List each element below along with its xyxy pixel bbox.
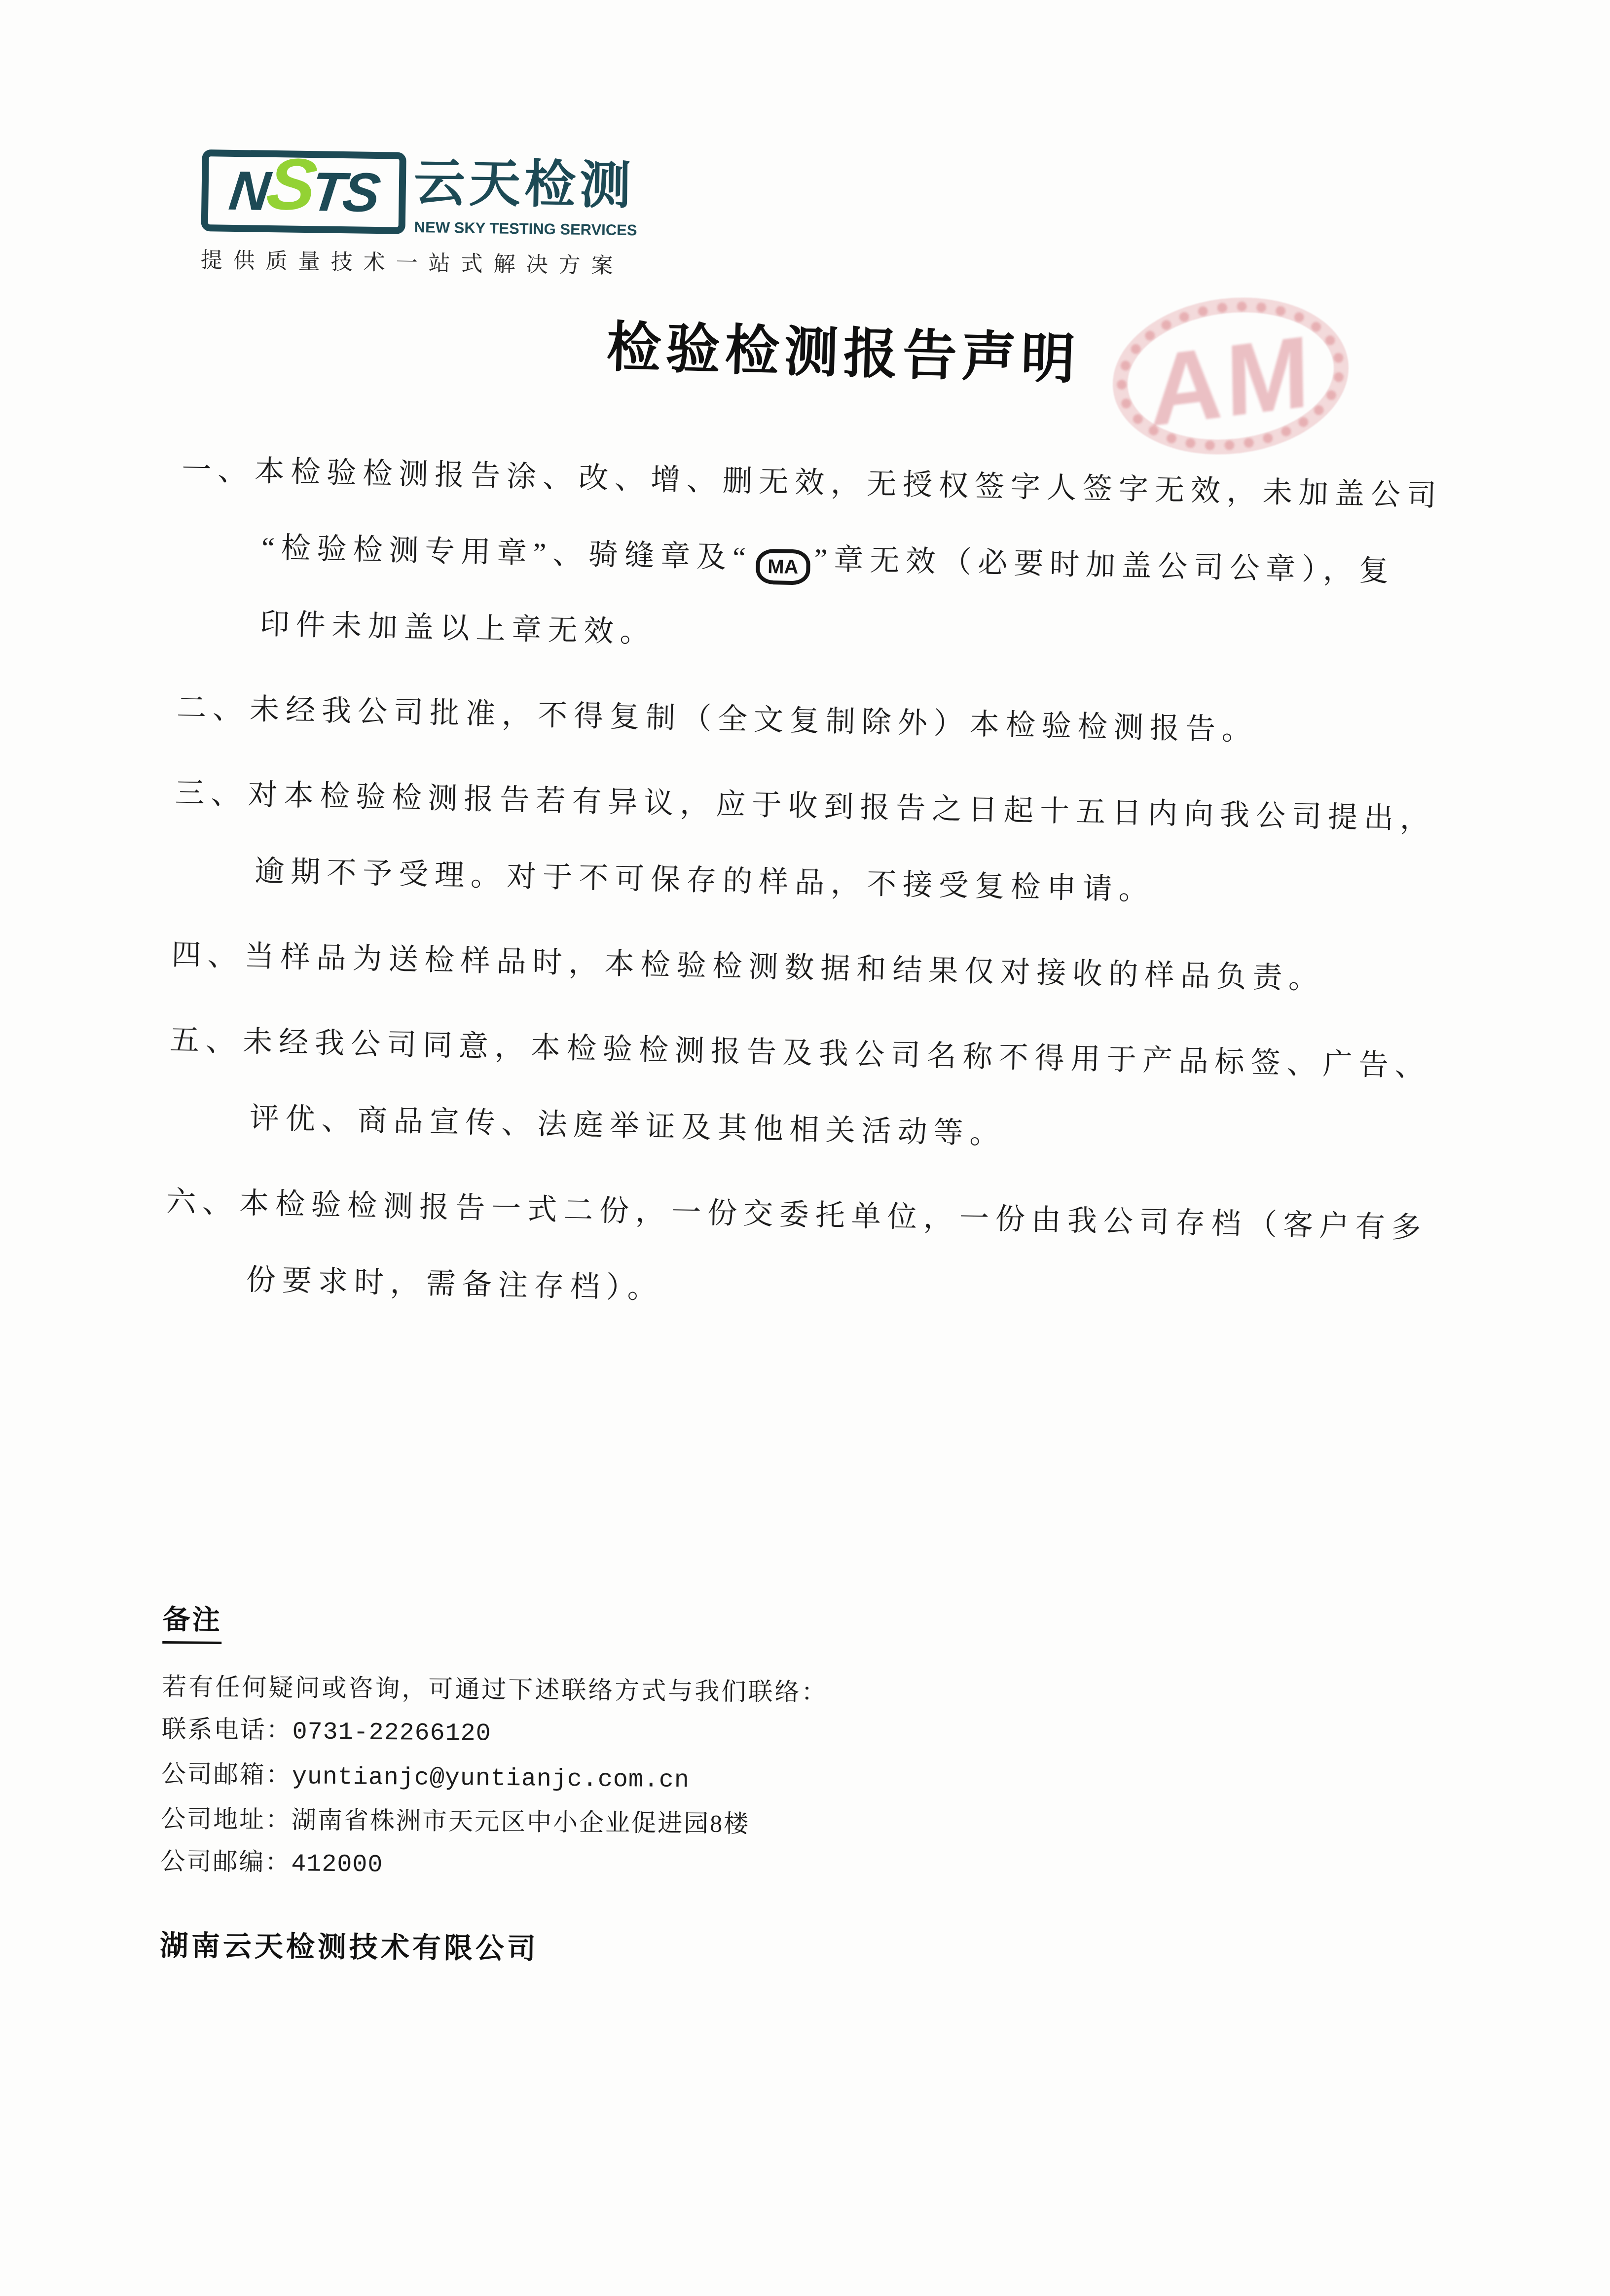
note-label: 公司邮箱：	[161, 1760, 292, 1789]
declaration-list: 一、本检验检测报告涂、改、增、删无效，无授权签字人签字无效，未加盖公司“检验检测…	[164, 431, 1543, 1354]
note-label: 联系电话：	[161, 1715, 292, 1744]
note-value: 0731-22266120	[292, 1718, 491, 1748]
decl-item-number: 二、	[177, 691, 249, 725]
notes-section: 备注 若有任何疑问或咨询，可通过下述联络方式与我们联络： 联系电话：0731-2…	[160, 1598, 1396, 1974]
nsts-logo-letters: NSTS	[226, 161, 381, 222]
decl-item-number: 六、	[166, 1185, 239, 1220]
decl-item-number: 一、	[182, 453, 254, 487]
note-value: yuntianjc@yuntianjc.com.cn	[292, 1763, 690, 1794]
decl-item-number: 五、	[169, 1024, 242, 1058]
page-title: 检验检测报告声明	[606, 303, 1081, 394]
logo-letter-s: S	[340, 165, 381, 220]
decl-item-1: 一、本检验检测报告涂、改、增、删无效，无授权签字人签字无效，未加盖公司“检验检测…	[178, 431, 1543, 689]
decl-item-5: 五、未经我公司同意，本检验检测报告及我公司名称不得用于产品标签、广告、评优、商品…	[167, 1002, 1532, 1184]
decl-item-number: 三、	[175, 777, 247, 811]
company-name: 湖南云天检测技术有限公司	[160, 1922, 1393, 1974]
title-row: 检验检测报告声明	[0, 310, 1610, 388]
note-value: 412000	[291, 1850, 383, 1879]
decl-item-3: 三、对本检验检测报告若有异议，应于收到报告之日起十五日内向我公司提出，逾期不予受…	[173, 755, 1537, 936]
nsts-logo-icon: NSTS	[201, 149, 406, 234]
logo-group: NSTS 云天检测 NEW SKY TESTING SERVICES 提供质量技…	[200, 145, 646, 280]
notes-rows: 联系电话：0731-22266120公司邮箱：yuntianjc@yuntian…	[160, 1708, 1395, 1896]
note-label: 公司地址：	[161, 1805, 292, 1833]
decl-item-6: 六、本检验检测报告一式二份，一份交委托单位，一份由我公司存档（客户有多份要求时，…	[164, 1164, 1528, 1345]
brand-tagline: 提供质量技术一站式解决方案	[200, 242, 624, 280]
brand-en-name: NEW SKY TESTING SERVICES	[414, 218, 637, 239]
note-value: 湖南省株洲市天元区中小企业促进园8楼	[292, 1806, 750, 1837]
decl-item-number: 四、	[171, 938, 244, 972]
brand-cn-name: 云天检测	[413, 157, 635, 212]
scanned-report-page: { "logo": { "letters": ["N", "S", "T", "…	[0, 0, 1610, 2296]
note-label: 公司邮编：	[160, 1847, 291, 1876]
notes-heading: 备注	[162, 1598, 222, 1644]
cma-mark-icon: MA	[756, 548, 810, 585]
